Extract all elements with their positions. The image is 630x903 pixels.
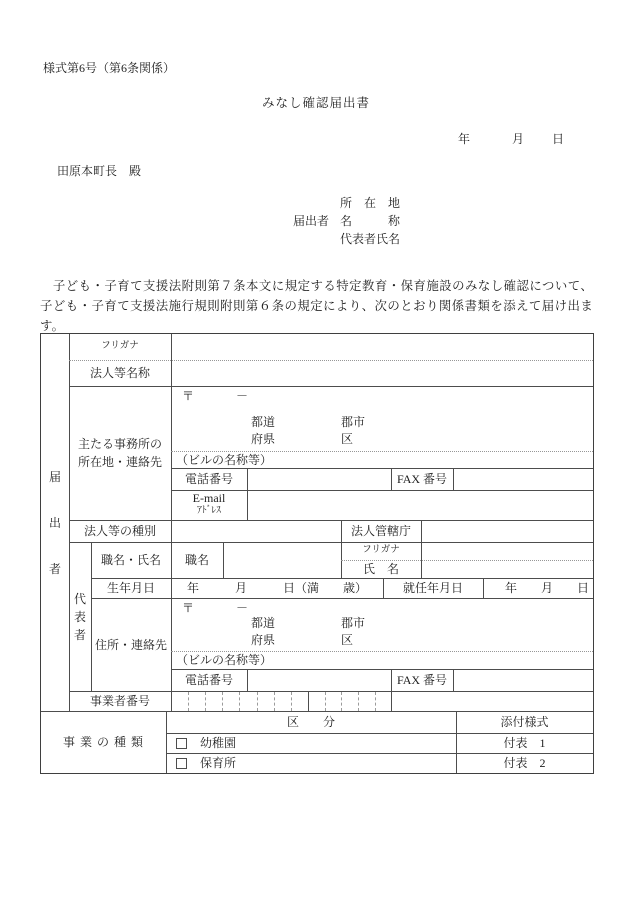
rep-postal-mark: 〒 — [182, 602, 194, 614]
digit-box-divider — [239, 692, 240, 711]
page-title: みなし確認届出書 — [40, 93, 592, 111]
rep-title-name-label: 職名・氏名 — [91, 542, 171, 578]
building-label: （ビルの名称等） — [176, 454, 272, 466]
furigana-label: フリガナ — [69, 334, 171, 360]
fax-label: FAX 番号 — [391, 468, 453, 490]
phone-label: 電話番号 — [171, 468, 247, 490]
rep-city-hint-top: 郡市 — [341, 617, 365, 629]
business-type-row-nursery: 保育所 — [166, 753, 456, 773]
date-year-label: 年 — [458, 133, 470, 145]
business-type-name: 幼稚園 — [200, 737, 236, 749]
divider — [453, 669, 454, 691]
divider — [308, 691, 309, 711]
divider — [247, 468, 248, 520]
applicant-group-label: 届 出 者 — [41, 334, 69, 711]
form-number: 様式第6号（第6条関係） — [43, 62, 175, 74]
city-hint-bottom: 区 — [341, 433, 353, 445]
digit-box-divider — [257, 692, 258, 711]
corp-type-label: 法人等の種別 — [69, 520, 171, 542]
digit-box-divider — [274, 692, 275, 711]
city-hint-top: 郡市 — [341, 416, 365, 428]
divider — [247, 669, 248, 691]
applicant-address-line: 所 在 地 — [340, 197, 400, 209]
attachment-header: 添付様式 — [456, 711, 593, 733]
rep-name-label: 氏 名 — [341, 560, 421, 578]
rep-appointment-label: 就任年月日 — [383, 578, 483, 598]
representative-group-label: 代 表 者 — [69, 542, 91, 691]
pref-hint-top: 都道 — [251, 416, 275, 428]
pref-hint-bottom: 府県 — [251, 433, 275, 445]
applicant-name-line: 名 称 — [340, 215, 400, 227]
checkbox-unchecked-icon — [176, 758, 187, 769]
checkbox-unchecked-icon — [176, 738, 187, 749]
digit-box-divider — [291, 692, 292, 711]
office-address-label: 主たる事務所の 所在地・連絡先 — [69, 386, 171, 520]
rep-birth-label: 生年月日 — [91, 578, 171, 598]
email-label: E-mail ｱﾄﾞﾚｽ — [171, 490, 247, 520]
rep-fax-label: FAX 番号 — [391, 669, 453, 691]
corp-name-label: 法人等名称 — [69, 360, 171, 386]
rep-pref-hint-bottom: 府県 — [251, 634, 275, 646]
rep-city-hint-bottom: 区 — [341, 634, 353, 646]
business-type-label: 事 業 の 種 類 — [41, 711, 166, 773]
applicant-label: 届出者 — [293, 215, 329, 227]
divider — [421, 520, 422, 578]
postal-dash: － — [236, 390, 248, 402]
business-type-row-kindergarten: 幼稚園 — [166, 733, 456, 753]
divider — [223, 542, 224, 578]
attachment-value: 付表 1 — [456, 733, 593, 753]
rep-phone-label: 電話番号 — [171, 669, 247, 691]
digit-box-divider — [325, 692, 326, 711]
rep-title-label: 職名 — [171, 542, 223, 578]
digit-box-divider — [375, 692, 376, 711]
document-page: 様式第6号（第6条関係） みなし確認届出書 年 月 日 田原本町長 殿 届出者 … — [0, 0, 630, 903]
rep-postal-dash: － — [236, 602, 248, 614]
digit-box-divider — [222, 692, 223, 711]
postal-mark: 〒 — [182, 390, 194, 402]
rep-building-label: （ビルの名称等） — [176, 654, 272, 666]
applicant-representative-line: 代表者氏名 — [340, 233, 400, 245]
digit-box-divider — [205, 692, 206, 711]
rep-appointment-value: 年 月 日 — [483, 578, 593, 598]
body-paragraph: 子ども・子育て支援法附則第７条本文に規定する特定教育・保育施設のみなし確認につい… — [40, 276, 593, 336]
main-form-table: 届 出 者 代 表 者 フリガナ 法人等名称 主たる事務所の 所在地・連絡先 〒… — [40, 333, 594, 774]
attachment-value: 付表 2 — [456, 753, 593, 773]
digit-box-divider — [358, 692, 359, 711]
division-header: 区 分 — [166, 711, 456, 733]
business-type-name: 保育所 — [200, 757, 236, 769]
rep-birth-value: 年 月 日（満 歳） — [171, 578, 383, 598]
digit-box-divider — [188, 692, 189, 711]
divider — [453, 468, 454, 490]
addressee: 田原本町長 殿 — [57, 165, 141, 177]
rep-address-label: 住所・連絡先 — [91, 598, 171, 691]
business-number-label: 事業者番号 — [69, 691, 171, 711]
digit-box-divider — [341, 692, 342, 711]
rep-furigana-label: フリガナ — [341, 542, 421, 560]
dotted-divider — [171, 651, 593, 652]
divider — [171, 334, 172, 711]
jurisdiction-label: 法人管轄庁 — [341, 520, 421, 542]
date-day-label: 日 — [552, 133, 564, 145]
date-month-label: 月 — [512, 133, 524, 145]
dotted-divider — [171, 451, 593, 452]
rep-pref-hint-top: 都道 — [251, 617, 275, 629]
